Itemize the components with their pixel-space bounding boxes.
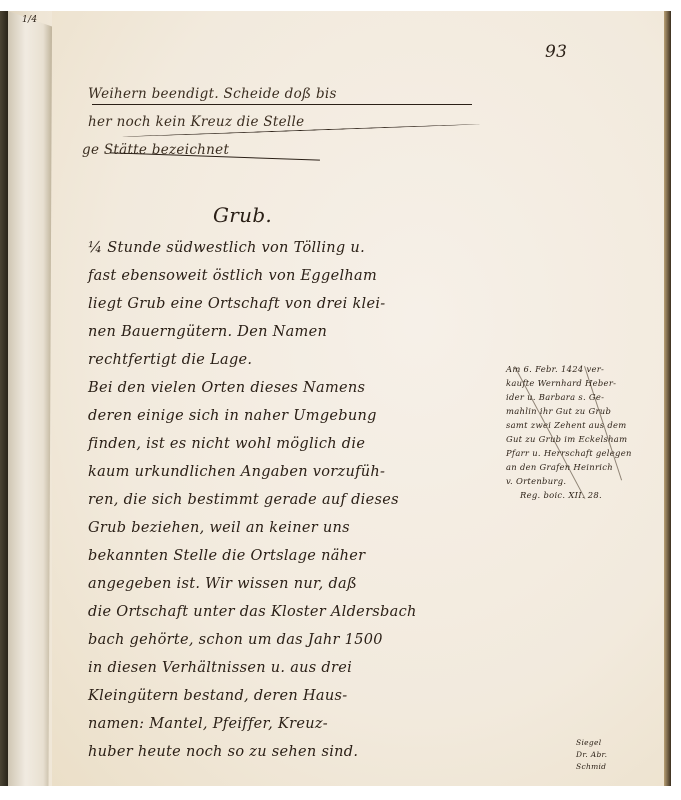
- body-line: namen: Mantel, Pfeiffer, Kreuz-: [88, 716, 328, 732]
- margin-note-line: an den Grafen Heinrich: [506, 462, 613, 472]
- body-line: kaum urkundlichen Angaben vorzufüh-: [88, 464, 385, 480]
- body-line: die Ortschaft unter das Kloster Aldersba…: [88, 604, 417, 620]
- bottom-note-line: Schmid: [576, 762, 606, 771]
- body-line: liegt Grub eine Ortschaft von drei klei-: [88, 296, 386, 312]
- margin-note-line: v. Ortenburg.: [506, 476, 566, 486]
- margin-note-line: ider u. Barbara s. Ge-: [506, 392, 604, 402]
- body-line: deren einige sich in naher Umgebung: [88, 408, 377, 424]
- struck-line-1: Weihern beendigt. Scheide doß bis: [88, 86, 337, 102]
- body-line: angegeben ist. Wir wissen nur, daß: [88, 576, 357, 592]
- margin-note-line: Reg. boic. XII. 28.: [520, 490, 602, 500]
- body-line: Bei den vielen Orten dieses Namens: [88, 380, 365, 396]
- body-line: rechtfertigt die Lage.: [88, 352, 252, 368]
- margin-note-line: samt zwei Zehent aus dem: [506, 420, 627, 430]
- margin-note-line: mahlin ihr Gut zu Grub: [506, 406, 611, 416]
- body-line: Kleingütern bestand, deren Haus-: [88, 688, 347, 704]
- struck-line-2: her noch kein Kreuz die Stelle: [88, 114, 304, 130]
- folded-margin-strip: [8, 11, 52, 786]
- page-edge: [664, 11, 671, 786]
- strikethrough-1: [92, 104, 472, 105]
- bottom-note-line: Dr. Abr.: [576, 750, 607, 759]
- body-line: huber heute noch so zu sehen sind.: [88, 744, 358, 760]
- page-number: 93: [545, 42, 567, 62]
- body-line: ren, die sich bestimmt gerade auf dieses: [88, 492, 399, 508]
- book-binding: [0, 11, 8, 786]
- body-line: nen Bauerngütern. Den Namen: [88, 324, 327, 340]
- margin-note-line: Am 6. Febr. 1424 ver-: [506, 364, 604, 374]
- body-line: finden, ist es nicht wohl möglich die: [88, 436, 365, 452]
- body-line: ¼ Stunde südwestlich von Tölling u.: [88, 240, 365, 256]
- section-title: Grub.: [213, 203, 272, 227]
- body-line: Grub beziehen, weil an keiner uns: [88, 520, 350, 536]
- body-line: in diesen Verhältnissen u. aus drei: [88, 660, 352, 676]
- fold-mark: 1/4: [22, 15, 37, 25]
- body-line: bekannten Stelle die Ortslage näher: [88, 548, 365, 564]
- body-line: bach gehörte, schon um das Jahr 1500: [88, 632, 383, 648]
- body-line: fast ebensoweit östlich von Eggelham: [88, 268, 377, 284]
- bottom-note-line: Siegel: [576, 738, 601, 747]
